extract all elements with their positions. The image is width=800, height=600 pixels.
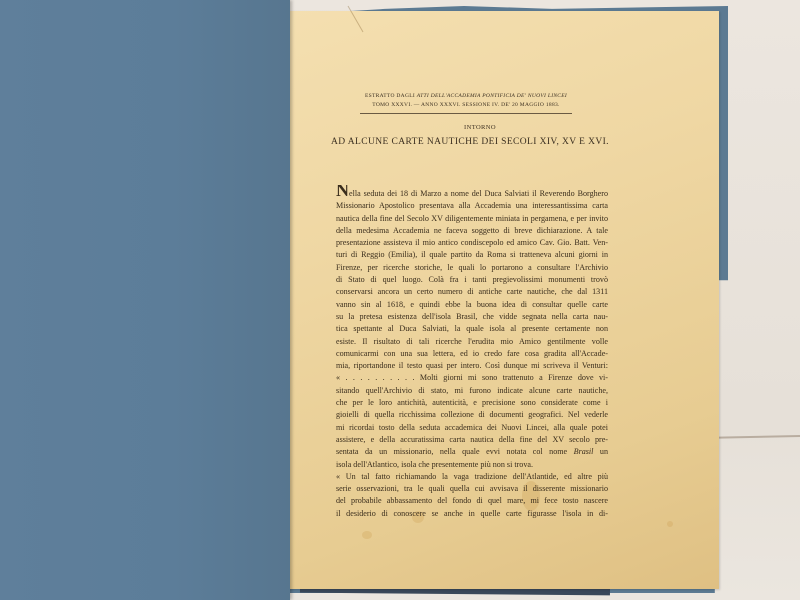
body-text: Nella seduta dei 18 di Marzo a nome del … [336, 185, 608, 520]
article-title: AD ALCUNE CARTE NAUTICHE DEI SECOLI XIV,… [320, 137, 620, 147]
text-line: della medesima Accademia ne faceva sogge… [336, 225, 608, 237]
text-line: serie osservazioni, tra le quali quella … [336, 483, 608, 495]
text-line: del probabile abbassamento del fondo di … [336, 495, 608, 507]
text-line: comunicarmi con una sua lettera, ed io c… [336, 348, 608, 360]
header-prefix: ESTRATTO DAGLI [365, 93, 415, 99]
text-line: Firenze, per ricerche storiche, le quali… [336, 262, 608, 274]
text-line: Nella seduta dei 18 di Marzo a nome del … [336, 185, 608, 200]
text-line: turi di Reggio (Emilia), il quale partit… [336, 249, 608, 261]
text-line: isola dell'Atlantico, isola che presente… [336, 459, 608, 471]
text-line: mi ricordai tosto della seduta accademic… [336, 422, 608, 434]
header-journal: ATTI DELL'ACCADEMIA PONTIFICIA DE' NUOVI… [417, 93, 567, 99]
front-cover-blue [0, 0, 290, 600]
text-line: nautica della fine del Secolo XV diligen… [336, 213, 608, 225]
text-line: mia, riportandone il testo quasi per int… [336, 360, 608, 372]
text-line: vanno sin al 1618, e quindi ebbe la buon… [336, 299, 608, 311]
italic-brasil: Brasil [574, 447, 594, 456]
header-rule [360, 113, 572, 114]
text-line: Missionario Apostolico presentava alla A… [336, 200, 608, 212]
text-line: sitando quell'Archivio di stato, mi furo… [336, 385, 608, 397]
text-line: su la pretesa esistenza dell'isola Brasi… [336, 311, 608, 323]
offprint-header: ESTRATTO DAGLI ATTI DELL'ACCADEMIA PONTI… [356, 92, 576, 110]
text-line: che per le loro antichità, autenticità, … [336, 397, 608, 409]
foxing-stain [667, 521, 673, 527]
text-line: « Un tal fatto richiamando la vaga tradi… [336, 471, 608, 483]
text-line: il desiderio di conoscere se anche in qu… [336, 508, 608, 520]
text-line: presentazione assisteva il mio antico co… [336, 237, 608, 249]
text-line: esiste. Il risultato di tali ricerche l'… [336, 336, 608, 348]
text-line: sentata da un missionario, nella quale e… [336, 446, 608, 458]
drop-cap: N [336, 185, 349, 200]
foxing-stain [362, 531, 372, 539]
text-line: « . . . . . . . . . . Molti giorni mi so… [336, 372, 608, 384]
text-line: gioielli di quella ricchissima collezion… [336, 409, 608, 421]
text-line: conservarsi ancora un certo numero di an… [336, 286, 608, 298]
text-line: di Stato di quel luogo. Colà fra i tanti… [336, 274, 608, 286]
header-volume: TOMO XXXVI. — ANNO XXXVI. SESSIONE IV. D… [356, 101, 576, 110]
text-line: tica spettante al Duca Salviati, la qual… [336, 323, 608, 335]
title-kicker: INTORNO [350, 124, 610, 131]
text-line: assistere, e della accuratissima carta n… [336, 434, 608, 446]
